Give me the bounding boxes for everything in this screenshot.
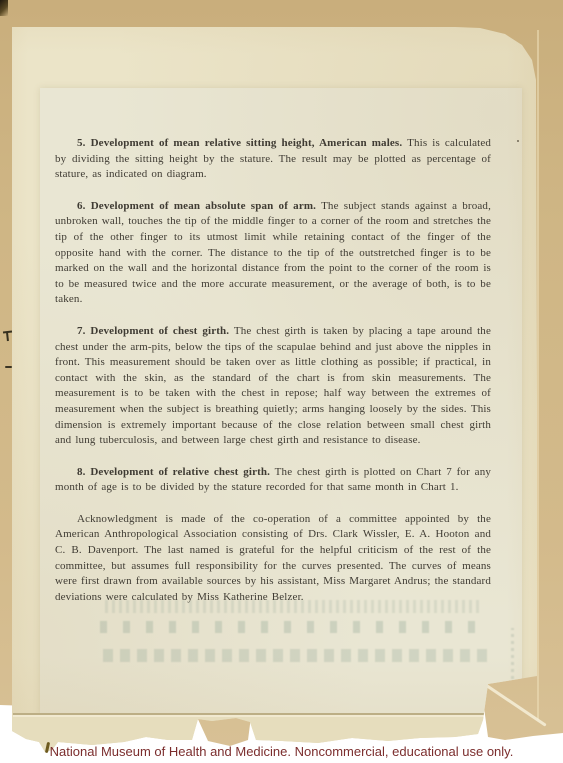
paragraph: Acknowledgment is made of the co-operati… [55,512,491,606]
museum-watermark: National Museum of Health and Medicine. … [0,744,563,760]
fold-line [13,713,505,715]
paragraph-text: The subject stands against a broad, unbr… [55,200,491,306]
paragraph: 6. Development of mean absolute span of … [55,199,491,308]
paragraph-lead: 6. Development of mean absolute span of … [77,200,316,212]
paper-speck [517,140,519,142]
corner-shadow [0,0,8,16]
edge-mark [5,366,12,368]
paragraph-lead: 7. Development of chest girth. [77,325,229,337]
body-text: 5. Development of mean relative sitting … [55,136,491,621]
paragraph: 7. Development of chest girth. The chest… [55,324,491,449]
scanned-document: 5. Development of mean relative sitting … [0,0,563,763]
ghost-show-through [100,621,478,633]
paragraph: 5. Development of mean relative sitting … [55,136,491,183]
paragraph-text: Acknowledgment is made of the co-operati… [55,513,491,603]
ghost-show-through [103,649,493,662]
paragraph: 8. Development of relative chest girth. … [55,465,491,496]
paragraph-lead: 5. Development of mean relative sitting … [77,137,402,149]
document-page: 5. Development of mean relative sitting … [0,0,563,763]
paragraph-lead: 8. Development of relative chest girth. [77,466,270,478]
backing-edge-highlight [537,30,539,720]
paragraph-text: The chest girth is taken by placing a ta… [55,325,491,446]
